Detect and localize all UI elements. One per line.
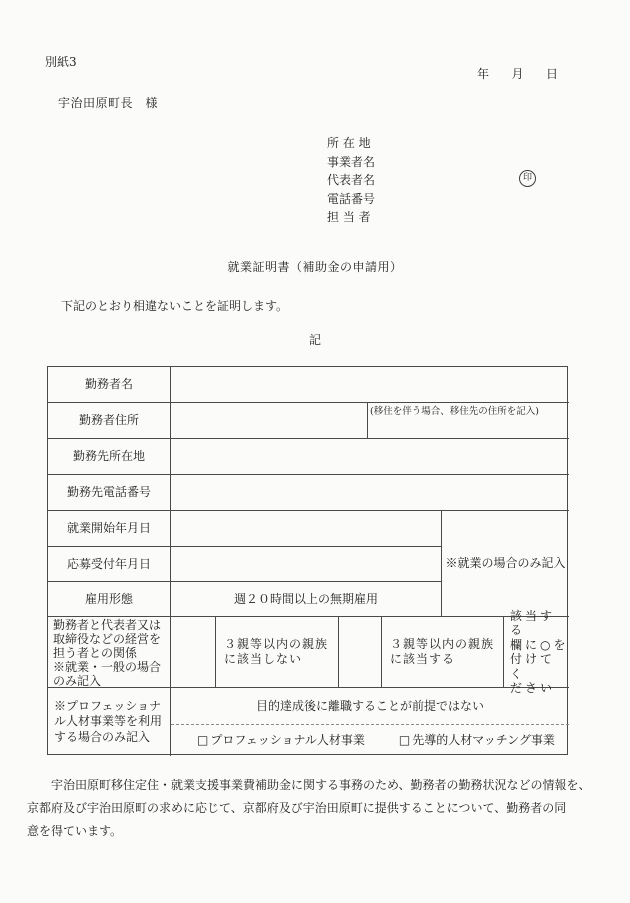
employment-start-field[interactable] (171, 511, 442, 547)
worker-name-field[interactable] (171, 367, 569, 403)
employment-type-label: 雇用形態 (48, 582, 171, 617)
document-title: 就業証明書（補助金の申請用） (0, 258, 630, 275)
relationship-option-not-relative: ３親等以内の親族 に該当しない (216, 617, 339, 688)
sender-block: 所 在 地 事業者名 代表者名 電話番号 担 当 者 (327, 134, 375, 227)
relationship-label: 勤務者と代表者又は 取締役などの経営を 担う者との関係 ※就業・一般の場合 のみ… (48, 617, 171, 688)
declaration-text: 下記のとおり相違ないことを証明します。 (61, 297, 288, 314)
professional-program-option[interactable]: □ プロフェッショナル人材事業 (197, 733, 365, 748)
professional-program-label: ※プロフェッショナ ル人材事業等を利用 する場合のみ記入 (48, 688, 171, 756)
employment-start-label: 就業開始年月日 (48, 511, 171, 547)
relationship-circle-instruction: 該当する 欄に○を 付けてく ださい (504, 617, 569, 688)
sender-contact-label: 担 当 者 (327, 208, 375, 227)
checkbox-icon[interactable]: □ (197, 733, 208, 748)
professional-premise-text: 目的達成後に離職することが前提ではない (171, 688, 569, 725)
application-date-field[interactable] (171, 547, 442, 582)
workplace-phone-field[interactable] (171, 475, 569, 511)
worker-address-field[interactable] (171, 403, 368, 439)
sender-representative-label: 代表者名 (327, 171, 375, 190)
addressee: 宇治田原町長 様 (58, 94, 158, 111)
workplace-address-label: 勤務先所在地 (48, 439, 171, 475)
checkbox-icon[interactable]: □ (399, 733, 410, 748)
year-label: 年 (477, 65, 489, 82)
worker-address-note: (移住を伴う場合、移住先の住所を記入) (368, 403, 569, 439)
employment-only-note: ※就業の場合のみ記入 (442, 511, 569, 617)
checkbox-label: 先導的人材マッチング事業 (412, 733, 555, 748)
worker-address-label: 勤務者住所 (48, 403, 171, 439)
day-label: 日 (546, 65, 558, 82)
month-label: 月 (511, 65, 523, 82)
application-date-label: 応募受付年月日 (48, 547, 171, 582)
matching-program-option[interactable]: □ 先導的人材マッチング事業 (399, 733, 555, 748)
date-line: 年 月 日 (477, 65, 558, 82)
employment-type-value: 週２０時間以上の無期雇用 (171, 582, 442, 617)
sender-phone-label: 電話番号 (327, 190, 375, 209)
workplace-phone-label: 勤務先電話番号 (48, 475, 171, 511)
seal-icon: 印 (519, 170, 536, 187)
employment-certificate-form: 別紙3 年 月 日 宇治田原町長 様 所 在 地 事業者名 代表者名 電話番号 … (0, 0, 630, 903)
professional-program-options: □ プロフェッショナル人材事業 □ 先導的人材マッチング事業 (171, 725, 569, 756)
relationship-not-relative-circle-field[interactable] (171, 617, 216, 688)
checkbox-label: プロフェッショナル人材事業 (210, 733, 365, 748)
relationship-relative-circle-field[interactable] (339, 617, 382, 688)
attachment-number: 別紙3 (45, 53, 77, 70)
sender-business-name-label: 事業者名 (327, 153, 375, 172)
workplace-address-field[interactable] (171, 439, 569, 475)
certificate-table: 勤務者名 勤務者住所 (移住を伴う場合、移住先の住所を記入) 勤務先所在地 勤務… (47, 366, 568, 755)
worker-name-label: 勤務者名 (48, 367, 171, 403)
ki-marker: 記 (0, 331, 630, 348)
sender-address-label: 所 在 地 (327, 134, 375, 153)
consent-note: 宇治田原町移住定住・就業支援事業費補助金に関する事務のため、勤務者の勤務状況など… (27, 774, 597, 843)
relationship-option-relative: ３親等以内の親族 に該当する (382, 617, 504, 688)
